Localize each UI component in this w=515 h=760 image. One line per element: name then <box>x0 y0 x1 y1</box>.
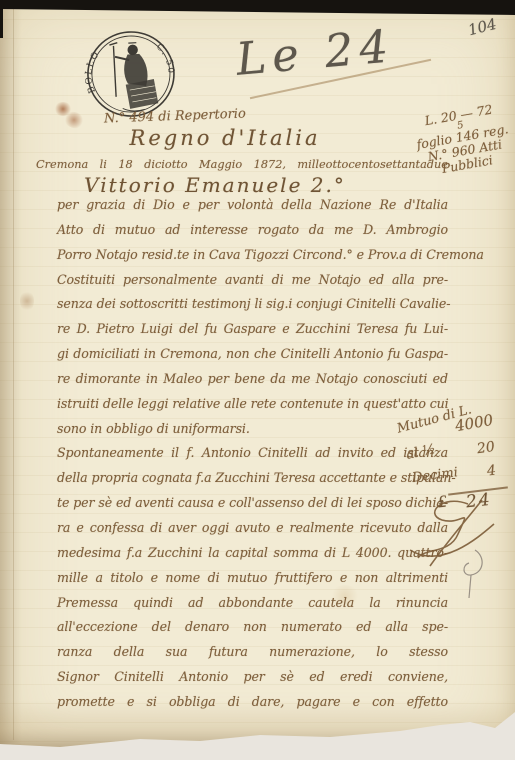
manuscript-line: te per sè ed aventi causa e coll'assenso… <box>57 491 448 516</box>
svg-text:C. 50: C. 50 <box>154 41 176 75</box>
page-number: 104 <box>466 15 498 39</box>
registration-note: L. 20 — 72 5 foglio 146 reg. N.° 960 Att… <box>399 98 515 182</box>
manuscript-line: per grazia di Dio e per volontà della Na… <box>57 193 448 218</box>
manuscript-line: all'eccezione del denaro non numerato ed… <box>57 615 448 640</box>
manuscript-line: mille a titolo e nome di mutuo fruttifer… <box>57 566 448 591</box>
manuscript-line: Signor Cinitelli Antonio per sè ed eredi… <box>57 665 448 690</box>
manuscript-line: sono in obbligo di uniformarsi. <box>57 417 448 442</box>
manuscript-line: Costituiti personalmente avanti di me No… <box>57 268 448 293</box>
paper-edge-shadow <box>0 0 22 760</box>
fee-rate-value: 20 <box>476 439 496 457</box>
manuscript-line: della propria cognata f.a Zucchini Teres… <box>57 466 448 491</box>
manuscript-line: re D. Pietro Luigi del fu Gaspare e Zucc… <box>57 317 448 342</box>
seated-italia-figure <box>109 41 158 112</box>
stamp-arc-left-label: BOLLO <box>83 49 105 95</box>
document-page: BOLLO C. 50 104 Le 24 N. <box>0 0 515 760</box>
manuscript-line: senza dei sottoscritti testimonj li sig.… <box>57 292 448 317</box>
manuscript-line: Porro Notajo resid.te in Cava Tigozzi Ci… <box>57 243 448 268</box>
pencil-curl-mark-icon <box>455 546 495 604</box>
manuscript-body: per grazia di Dio e per volontà della Na… <box>57 193 448 715</box>
scanned-document: BOLLO C. 50 104 Le 24 N. <box>0 0 515 760</box>
deckle-edge-shadow <box>0 700 515 748</box>
scan-background-left <box>0 0 3 38</box>
pencil-total-annotation: Le 24 <box>234 19 396 86</box>
fold-crease <box>13 8 14 740</box>
manuscript-line: Premessa quindi ad abbondante cautela la… <box>57 591 448 616</box>
manuscript-line: re dimorante in Maleo per bene da me Not… <box>57 367 448 392</box>
ink-stain <box>54 102 72 116</box>
manuscript-line: medesima f.a Zucchini la capital somma d… <box>57 541 448 566</box>
ink-stain <box>20 290 34 312</box>
manuscript-line: Atto di mutuo ad interesse rogato da me … <box>57 218 448 243</box>
revenue-stamp-icon: BOLLO C. 50 <box>83 28 180 123</box>
manuscript-line: ra e confessa di aver oggi avuto e realm… <box>57 516 448 541</box>
svg-text:BOLLO: BOLLO <box>83 49 105 95</box>
manuscript-line: Spontaneamente il f. Antonio Cinitelli a… <box>57 441 448 466</box>
ink-stain <box>62 109 86 131</box>
manuscript-line: istruiti delle leggi relative alle rete … <box>57 392 448 417</box>
manuscript-line: ranza della sua futura numerazione, lo s… <box>57 640 448 665</box>
stamp-arc-right-label: C. 50 <box>154 41 176 75</box>
fee-decimi-value: 4 <box>486 463 497 480</box>
manuscript-line: gi domiciliati in Cremona, non che Cinit… <box>57 342 448 367</box>
dateline: Cremona li 18 diciotto Maggio 1872, mill… <box>36 158 448 171</box>
kingdom-title: Regno d'Italia <box>95 126 355 150</box>
